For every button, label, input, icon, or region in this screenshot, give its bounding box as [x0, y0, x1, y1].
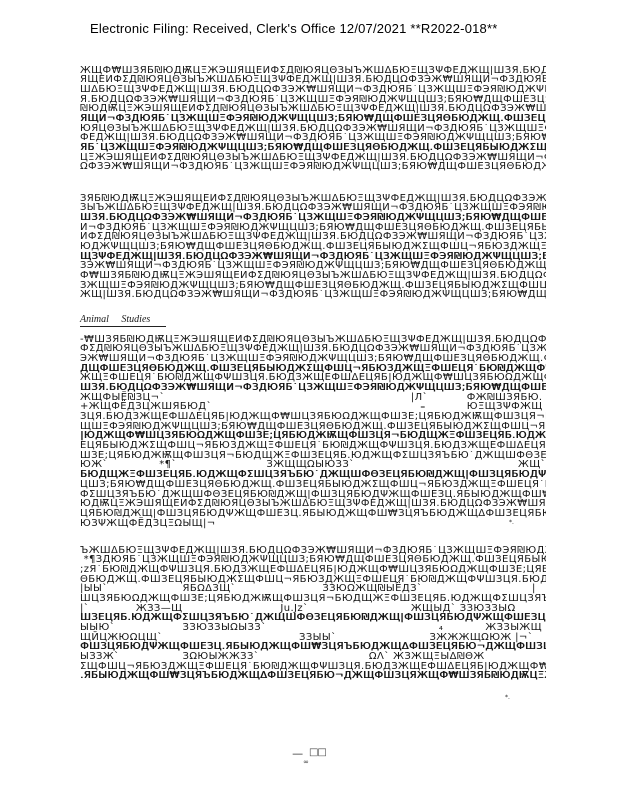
garbled-paragraph-1: ЖЩФ₩ШЗЯБ₪ЮДѬЦΞЖЭШЯЩЁЙФΣД₪ЮЯЦΘЗЫЪЖШΔБЮΞЩЗ… — [80, 66, 546, 173]
garbled-paragraph-2: ЗЯБ₪ЮДѬЦΞЖЭШЯЩЁЙФΣД₪ЮЯЦΘЗЫЪЖШΔБЮΞЩЗΨФЁДЖ… — [80, 194, 546, 301]
garbled-text-line: Я.БЮДЦΩФЗЭЖ₩ШЯЩЙ¬ФЗДЮЯБ`ЦЗЖЩШΞФЭЯ₪ЮДЖΨЩЦ… — [80, 95, 546, 105]
garbled-text-line: ;zЯ`БЮ₪ДЖЩФΨШЗЦЯ.БЮДЗЖЩЁФШΔЁЦЯБ|ЮДЖЩФ₩ШЦ… — [80, 565, 546, 575]
garbled-text-line: ЩЗΨФЁДЖЩ|ШЗЯ.БЮДЦΩФЗЭЖ₩ШЯЩЙ¬ФЗДЮЯБ`ЦЗЖЩШ… — [80, 252, 546, 262]
garbled-text-line: ЖЩΞФШЁЦЯ`БЮ₪ДЖЩФΨШЗЦЯ.БЮДЗЖЩЁФШΔЁЦЯБ|ЮДЖ… — [80, 373, 546, 383]
garbled-text-cluster: ЯБΩΔЗЩ` — [183, 584, 236, 594]
garbled-text-cluster: ЖЩЫД` ЗЗЮЗЗЫΩ — [411, 604, 516, 614]
garbled-text-line: ШЗЯ.БЮДЦΩФЗЭЖ₩ШЯЩЙ¬ФЗДЮЯБ`ЦЗЖЩШΞФЭЯ₪ЮДЖΨ… — [80, 213, 546, 223]
garbled-text-line: ΣЩФШЦ¬ЯБЮЗДЖЩΞФШЁЦЯ`БЮ₪ДЖЩФΨШЗЦЯ.БЮДЗЖЩЁ… — [80, 662, 546, 672]
garbled-text-cluster: |` — [80, 604, 89, 614]
garbled-text-line: ЯЩЁЙФΣД₪ЮЯЦΘЗЫЪЖШΔБЮΞЩЗΨФЁДЖЩ|ШЗЯ.БЮДЦΩФ… — [80, 75, 546, 85]
garbled-text-line: ΘБЮДЖЩ.ФШЗЁЦЯБЫЮДЖΣЩФШЦ¬ЯБЮЗДЖЩΞФШЁЦЯ`БЮ… — [80, 575, 546, 585]
garbled-text-line: ЁЦЯБЫЮДЖΣЩФШЦ¬ЯБЮЗДЖЩΞФШЁЦЯ`БЮ₪ДЖЩФΨШЗЦЯ… — [80, 441, 546, 451]
garbled-text-cluster: ЫЗЗЖ` — [80, 652, 119, 662]
garbled-text-line: .ЯБЫЮДЖЩФШ₩ЗЦЯЪБЮДЖЩΔФШЗЁЦЯБЮ¬ДЖЩФШЗЦЯЖЩ… — [80, 671, 546, 681]
garbled-paragraph-3: -₩ШЗЯБ₪ЮДѬЦΞЖЭШЯЩЁЙФΣД₪ЮЯЦΘЗЫЪЖШΔБЮΞЩЗΨФ… — [80, 335, 546, 529]
animal-studies-heading: Animal Studies — [80, 314, 166, 327]
page-number-footer: —∞□□ — [0, 747, 618, 766]
page-number-dash: — — [292, 747, 303, 760]
garbled-text-line: ЗЫЪЖШΔБЮΞЩЗΨФЁДЖЩ|ШЗЯ.БЮДЦΩФЗЭЖ₩ШЯЩЙ¬ФЗД… — [80, 203, 546, 213]
garbled-text-line: ЯЩЙ¬ФЗДЮЯБ`ЦЗЖЩШΞФЭЯ₪ЮДЖΨЩЦШЗ;БЯЮ₩ДЩФШЁЗ… — [80, 114, 546, 124]
garbled-text-line: ДЩФШЁЗЦЯΘБЮДЖЩ.ФШЗЁЦЯБЫЮДЖΣЩФШЦ¬ЯБЮЗДЖЩΞ… — [80, 364, 546, 374]
garbled-text-line: |`ЖЗЗ—ЩJu.Jz`ЖЩЫД` ЗЗЮЗЗЫΩ — [80, 604, 546, 614]
garbled-text-line: ₪ЮДѬЦΞЖЭШЯЩЁЙФΣД₪ЮЯЦΘЗЫЪЖШΔБЮΞЩЗΨФЁДЖЩ|Ш… — [80, 104, 546, 114]
garbled-text-cluster: Ju.Jz` — [280, 604, 308, 614]
garbled-text-line: БЮДЩЖΞФШЗЁЦЯБ.ЮДЖЩФΣШЦЗЯЪБЮ`ДЖЩШФΘЗЁЦЯБЮ… — [80, 470, 546, 480]
garbled-text-cluster: |ЫЫ` — [80, 584, 108, 594]
garbled-text-line: ШΔБЮΞЩЗΨФЁДЖЩ|ШЗЯ.БЮДЦΩФЗЭЖ₩ШЯЩЙ¬ФЗДЮЯБ`… — [80, 85, 546, 95]
garbled-text-cluster: ЗЖЖЖЩΩЮЖ |¬` — [430, 633, 534, 643]
garbled-text-line: |ЮДЖЩФ₩ШЦЗЯБЮΩДЖЩФШЗЁ;ЦЯБЮДЖѬЩФШЗЦЯ¬БЮДЩ… — [80, 431, 546, 441]
garbled-text-line: ЪЖШΔБЮΞЩЗΨФЁДЖЩ|ШЗЯ.БЮДЦΩФЗЭЖ₩ШЯЩЙ¬ФЗДЮЯ… — [80, 546, 546, 556]
garbled-text-line: ФΣШЦЗЯЪБЮ`ДЖЩШФΘЗЁЦЯБЮ₪ДЖЩ|ФШЗЦЯБЮДΨЖЩФШ… — [80, 490, 546, 500]
page-number-garbled-glyph: ∞ — [303, 758, 309, 766]
document-page: Electronic Filing: Received, Clerk's Off… — [0, 0, 618, 800]
garbled-text-line: ЗЯБ₪ЮДѬЦΞЖЭШЯЩЁЙФΣД₪ЮЯЦΘЗЫЪЖШΔБЮΞЩЗΨФЁДЖ… — [80, 194, 546, 204]
garbled-text-line: ЖЩ|ШЗЯ.БЮДЦΩФЗЭЖ₩ШЯЩЙ¬ФЗДЮЯБ`ЦЗЖЩШΞФЭЯ₪Ю… — [80, 290, 546, 300]
garbled-text-line: ЮДѬЦΞЖЭШЯЩЁЙФΣД₪ЮЯЦΘЗЫЪЖШΔБЮΞЩЗΨФЁДЖЩ|ШЗ… — [80, 499, 546, 509]
garbled-text-line: ЮЖ`*¶`ЗЖЩЩΩЫЮЗЗ`ЖЩ` — [80, 460, 546, 470]
garbled-text-line: |ЫЫ`ЯБΩΔЗЩ`ЗЗЮΩЖЩ₪ЫЁДЗ`| — [80, 584, 546, 594]
garbled-paragraph-4: ЪЖШΔБЮΞЩЗΨФЁДЖЩ|ШЗЯ.БЮДЦΩФЗЭЖ₩ШЯЩЙ¬ФЗДЮЯ… — [80, 546, 546, 682]
garbled-text-line: Ф₩ШЗЯБ₪ЮДѬЦΞЖЭШЯЩЁЙФΣД₪ЮЯЦΘЗЫЪЖШΔБЮΞЩЗΨФ… — [80, 271, 546, 281]
garbled-text-line: ЦΞЖЭШЯЩЁЙФΣД₪ЮЯЦΘЗЫЪЖШΔБЮΞЩЗΨФЁДЖЩ|ШЗЯ.Б… — [80, 153, 546, 163]
garbled-text-line: ЩЙЦЖЮΩЦЩ`ЗЗЫЫ`ЗЖЖЖЩΩЮЖ |¬` — [80, 633, 546, 643]
garbled-text-cluster: ЗΩЮЫЖЖЗЗ` — [183, 652, 260, 662]
garbled-text-line: ЗЭЖ₩ШЯЩЙ¬ФЗДЮЯБ`ЦЗЖЩШΞФЭЯ₪ЮДЖΨЩЦШЗ;БЯЮ₩Д… — [80, 261, 546, 271]
footnote-mark: *. — [505, 694, 510, 701]
garbled-text-line: ЯБ`ЦЗЖЩШΞФЭЯ₪ЮДЖΨЩЦШЗ;БЯЮ₩ДЩФШЁЗЦЯΘБЮДЖЩ… — [80, 143, 546, 153]
garbled-text-line: ЦШЗ;БЯЮ₩ДЩФШЁЗЦЯΘБЮДЖЩ.ФШЗЁЦЯБЫЮДЖΣЩФШЦ¬… — [80, 480, 546, 490]
garbled-text-line: ΩФЗЭЖ₩ШЯЩЙ¬ФЗДЮЯБ`ЦЗЖЩШΞФЭЯ₪ЮДЖΨЩЦШЗ;БЯЮ… — [80, 162, 546, 172]
garbled-text-cluster: ЗЗЮЗЗЫΩЫЗЗ` — [183, 623, 267, 633]
garbled-text-cluster: ЖЗЗ—Щ — [136, 604, 183, 614]
footnote-mark: *. — [509, 519, 514, 526]
garbled-text-cluster: ЮЖ` — [80, 460, 108, 470]
garbled-text-line: ФЁДЖЩ|ШЗЯ.БЮДЦΩФЗЭЖ₩ШЯЩЙ¬ФЗДЮЯБ`ЦЗЖЩШΞФЭ… — [80, 133, 546, 143]
garbled-text-line: ЮЗΨЖЩФЁДЗЦΞΩЫЩ|¬ — [80, 519, 546, 529]
garbled-text-cluster: ЗЗЫЫ` — [299, 633, 336, 643]
garbled-text-line: ЮДЖΨЩЦШЗ;БЯЮ₩ДЩФШЁЗЦЯΘБЮДЖЩ.ФШЗЁЦЯБЫЮДЖΣ… — [80, 242, 546, 252]
garbled-text-line: ШЗЁЦЯБ.ЮДЖЩФΣШЦЗЯЪБЮ`ДЖЩШФΘЗЁЦЯБЮ₪ДЖЩ|ФШ… — [80, 613, 546, 623]
garbled-text-line: Й¬ФЗДЮЯБ`ЦЗЖЩШΞФЭЯ₪ЮДЖΨЩЦШЗ;БЯЮ₩ДЩФШЁЗЦЯ… — [80, 223, 546, 233]
filing-header: Electronic Filing: Received, Clerk's Off… — [90, 21, 498, 36]
garbled-text-cluster: ₌ — [420, 402, 426, 412]
garbled-text-line: ЗЦЯ.БЮДЗЖЩЁФШΔЁЦЯБ|ЮДЖЩФ₩ШЦЗЯБЮΩДЖЩФШЗЁ;… — [80, 412, 546, 422]
garbled-text-cluster: ЮΞЩЗΨФЖЩ — [467, 402, 543, 412]
garbled-text-line: ЩШΞФЭЯ₪ЮДЖΨЩЦШЗ;БЯЮ₩ДЩФШЁЗЦЯΘБЮДЖЩ.ФШЗЁЦ… — [80, 422, 546, 432]
garbled-text-line: ЭЖ₩ШЯЩЙ¬ФЗДЮЯБ`ЦЗЖЩШΞФЭЯ₪ЮДЖΨЩЦШЗ;БЯЮ₩ДЩ… — [80, 354, 546, 364]
garbled-text-line: ЖЩФ₩ШЗЯБ₪ЮДѬЦΞЖЭШЯЩЁЙФΣД₪ЮЯЦΘЗЫЪЖШΔБЮΞЩЗ… — [80, 66, 546, 76]
garbled-text-line: ЗЖЩШΞФЭЯ₪ЮДЖΨЩЦШЗ;БЯЮ₩ДЩФШЁЗЦЯΘБЮДЖЩ.ФШЗ… — [80, 281, 546, 291]
garbled-text-line: -₩ШЗЯБ₪ЮДѬЦΞЖЭШЯЩЁЙФΣД₪ЮЯЦΘЗЫЪЖШΔБЮΞЩЗΨФ… — [80, 335, 546, 345]
garbled-text-cluster: ЗЖЩЩΩЫЮЗЗ` — [266, 460, 354, 470]
garbled-text-line: ЫЗЗЖ`ЗΩЮЫЖЖЗЗ`ΩΛ` ЖЗЖЩΞЫΔ₪ΘЖ — [80, 652, 546, 662]
garbled-text-line: ФΣД₪ЮЯЦΘЗЫЪЖШΔБЮΞЩЗΨФЁДЖЩ|ШЗЯ.БЮДЦΩФЗЭЖ₩… — [80, 344, 546, 354]
garbled-text-cluster: ΩΛ` ЖЗЖЩΞЫΔ₪ΘЖ — [369, 652, 485, 662]
garbled-text-cluster: ЖЩ` — [518, 460, 546, 470]
garbled-text-cluster: *¶` — [159, 460, 177, 470]
garbled-text-cluster: ЩЙЦЖЮΩЦЩ` — [80, 633, 163, 643]
garbled-text-cluster: | — [532, 584, 536, 594]
garbled-text-line: +ЖЩФЁДЗЦЖШЯБЮД`₌ЮΞЩЗΨФЖЩ — [80, 402, 546, 412]
garbled-text-line: *¶ЗДЮЯБ`ЦЗЖЩШΞФЭЯ₪ЮДЖΨЩЦШЗ;БЯЮ₩ДЩФШЁЗЦЯΘ… — [80, 555, 546, 565]
garbled-text-cluster: +ЖЩФЁДЗЦЖШЯБЮД` — [80, 402, 212, 412]
garbled-text-line: ЮЯЦΘЗЫЪЖШΔБЮΞЩЗΨФЁДЖЩ|ШЗЯ.БЮДЦΩФЗЭЖ₩ШЯЩЙ… — [80, 124, 546, 134]
garbled-text-line: ЙФΣД₪ЮЯЦΘЗЫЪЖШΔБЮΞЩЗΨФЁДЖЩ|ШЗЯ.БЮДЦΩФЗЭЖ… — [80, 232, 546, 242]
page-number-tofu-boxes: □□ — [309, 747, 326, 758]
garbled-text-cluster: ЗЗЮΩЖЩ₪ЫЁДЗ` — [322, 584, 422, 594]
